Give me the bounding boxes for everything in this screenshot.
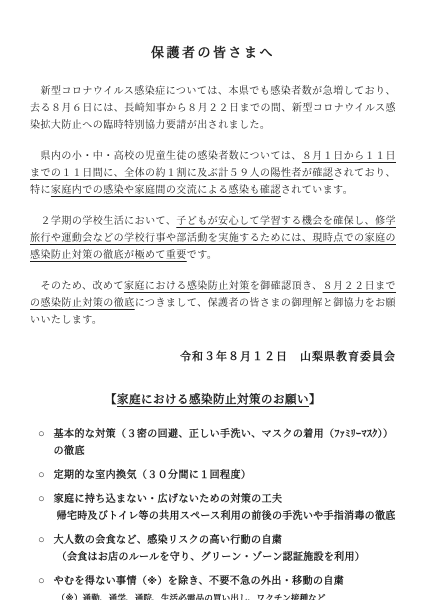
- list-item-text: 大人数の会食など、感染リスクの高い行動の自粛（会食はお店のルールを守り、グリーン…: [54, 532, 396, 566]
- body-paragraphs: 新型コロナウイルス感染症については、本県でも感染者数が急増しており、去る８月６日…: [30, 83, 396, 329]
- body-text: そのため、改めて: [30, 281, 124, 292]
- list-item-sub: （会食はお店のルールを守り、グリーン・ゾーン認証施設を利用）: [54, 549, 396, 566]
- body-text: 新型コロナウイルス感染症については、本県でも感染者数が急増しており、去る８月６日…: [30, 86, 396, 131]
- notice-heading-text: 家庭における感染防止対策のお願い: [117, 394, 309, 406]
- body-text: です。: [187, 250, 218, 261]
- paragraph: ２学期の学校生活において、子どもが安心して学習する機会を確保し、修学旅行や運動会…: [30, 213, 396, 264]
- page-title: 保護者の皆さまへ: [30, 42, 396, 61]
- list-item-main: 大人数の会食など、感染リスクの高い行動の自粛: [54, 532, 396, 549]
- list-item-text: 基本的な対策（３密の回避、正しい手洗い、マスクの着用（ﾌｧﾐﾘｰﾏｽｸ））の徹底: [54, 426, 396, 460]
- signature-line: 令和３年８月１２日 山梨県教育委員会: [30, 348, 396, 364]
- list-item-text: 定期的な室内換気（３０分間に１回程度）: [54, 467, 396, 484]
- body-text: 県内の小・中・高校の児童生徒の感染者数については、: [30, 151, 302, 162]
- paragraph: 県内の小・中・高校の児童生徒の感染者数については、８月１日から１１日までの１１日…: [30, 148, 396, 199]
- paragraph: 新型コロナウイルス感染症については、本県でも感染者数が急増しており、去る８月６日…: [30, 83, 396, 134]
- list-item: ○基本的な対策（３密の回避、正しい手洗い、マスクの着用（ﾌｧﾐﾘｰﾏｽｸ））の徹…: [30, 426, 396, 460]
- notice-list: ○基本的な対策（３密の回避、正しい手洗い、マスクの着用（ﾌｧﾐﾘｰﾏｽｸ））の徹…: [30, 426, 396, 600]
- underlined-text: 家庭内での感染や家庭間の交流による感染も確認: [51, 185, 281, 196]
- list-item-text: 家庭に持ち込まない・広げないための対策の工夫帰宅時及びトイレ等の共用スペース利用…: [54, 491, 396, 525]
- list-item-sub: （※）通勤、通学、通院、生活必需品の買い出し、ワクチン接種など: [54, 590, 396, 600]
- circle-bullet-icon: ○: [38, 426, 45, 443]
- list-item-main: 家庭に持ち込まない・広げないための対策の工夫: [54, 491, 396, 508]
- document-page: 保護者の皆さまへ 新型コロナウイルス感染症については、本県でも感染者数が急増して…: [0, 0, 424, 600]
- list-item: ○定期的な室内換気（３０分間に１回程度）: [30, 467, 396, 484]
- circle-bullet-icon: ○: [38, 467, 45, 484]
- circle-bullet-icon: ○: [38, 573, 45, 590]
- list-item: ○やむを得ない事情（※）を除き、不要不急の外出・移動の自粛（※）通勤、通学、通院…: [30, 573, 396, 600]
- notice-heading: 【家庭における感染防止対策のお願い】: [30, 391, 396, 407]
- body-text: を御確認頂き、: [250, 281, 323, 292]
- body-text: ２学期の学校生活において、: [30, 216, 176, 227]
- list-item: ○大人数の会食など、感染リスクの高い行動の自粛（会食はお店のルールを守り、グリー…: [30, 532, 396, 566]
- list-item: ○家庭に持ち込まない・広げないための対策の工夫帰宅時及びトイレ等の共用スペース利…: [30, 491, 396, 525]
- notice-heading-open-bracket: 【: [105, 394, 117, 406]
- list-item-sub: 帰宅時及びトイレ等の共用スペース利用の前後の手洗いや手指消毒の徹底: [54, 508, 396, 525]
- body-text: されています。: [281, 185, 353, 196]
- paragraph: そのため、改めて家庭における感染防止対策を御確認頂き、８月２２日までの感染防止対…: [30, 278, 396, 329]
- list-item-main: やむを得ない事情（※）を除き、不要不急の外出・移動の自粛: [54, 573, 396, 590]
- circle-bullet-icon: ○: [38, 532, 45, 549]
- underlined-text: 家庭における感染防止対策: [124, 281, 250, 292]
- list-item-text: やむを得ない事情（※）を除き、不要不急の外出・移動の自粛（※）通勤、通学、通院、…: [54, 573, 396, 600]
- circle-bullet-icon: ○: [38, 491, 45, 508]
- notice-heading-close-bracket: 】: [309, 394, 321, 406]
- list-item-main: 基本的な対策（３密の回避、正しい手洗い、マスクの着用（ﾌｧﾐﾘｰﾏｽｸ））の徹底: [54, 426, 396, 460]
- list-item-main: 定期的な室内換気（３０分間に１回程度）: [54, 467, 396, 484]
